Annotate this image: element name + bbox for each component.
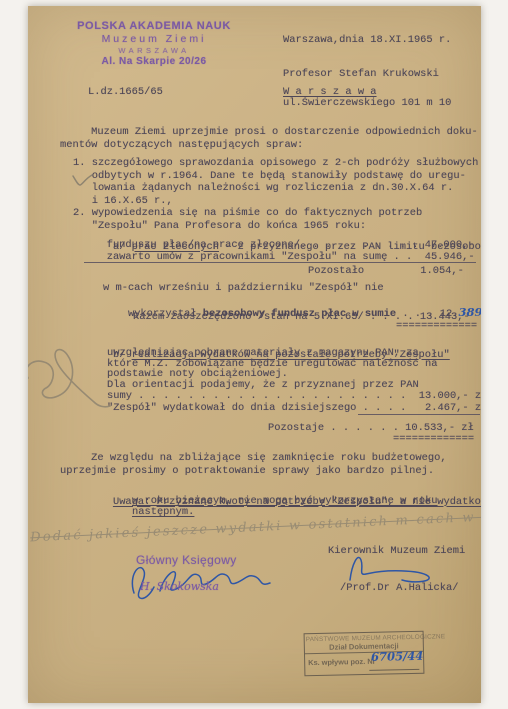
sender-stamp-org: POLSKA AKADEMIA NAUK <box>58 20 250 32</box>
receipt-stamp-number-line <box>369 669 419 671</box>
pencil-checkmark <box>71 172 95 190</box>
sender-stamp-address: Al. Na Skarpie 20/26 <box>58 56 250 67</box>
list-item-1: 1. szczegółowego sprawozdania opisowego … <box>73 157 478 207</box>
scanned-document-screenshot: { "colors": { "paper": "#cbb285", "typew… <box>0 0 508 709</box>
recipient-name: Profesor Stefan Krukowski <box>283 68 439 81</box>
section-a-total-rule: ============= <box>396 320 477 333</box>
section-b-sum-rule <box>358 414 480 415</box>
note-line-3: następnym. <box>132 506 194 519</box>
closing-paragraph: Ze względu na zbliżające się zamknięcie … <box>60 452 447 477</box>
reference-number: L.dz.1665/65 <box>88 86 163 99</box>
sender-stamp-city: WARSZAWA <box>58 46 250 55</box>
section-b-body: uwzględniając pobrane materiały z magazy… <box>107 348 437 390</box>
receipt-stamp-register-label: Ks. wpływu poz. Nr <box>308 657 376 667</box>
date-line: Warszawa,dnia 18.XI.1965 r. <box>283 34 451 47</box>
intro-paragraph: Muzeum Ziemi uprzejmie prosi o dostarcze… <box>60 126 478 151</box>
pencil-loop-doodle <box>28 332 116 410</box>
recipient-street: ul.Świerczewskiego 101 m 10 <box>283 97 451 110</box>
right-signature-name: /Prof.Dr A.Halicka/ <box>340 582 458 595</box>
receipt-stamp: PAŃSTWOWE MUZEUM ARCHEOLOGICZNE Dział Do… <box>304 631 425 677</box>
section-a-sum-rule <box>84 262 476 263</box>
paper-sheet: POLSKA AKADEMIA NAUK Muzeum Ziemi WARSZA… <box>28 6 481 703</box>
sender-stamp: POLSKA AKADEMIA NAUK Muzeum Ziemi WARSZA… <box>58 20 250 67</box>
section-b-remainder-rule: ============= <box>393 433 474 446</box>
section-b-amount-lines: sumy . . . . . . . . . . . . . . . . . .… <box>107 391 481 414</box>
section-a-remainder: Pozostało 1.054,- <box>308 265 464 278</box>
section-a-amount-lines: funduszu płac/na prace zlecone/. . . . .… <box>88 240 475 263</box>
sender-stamp-museum: Muzeum Ziemi <box>58 33 250 45</box>
left-signature-name: H. Skokowska <box>140 580 219 593</box>
receipt-stamp-number-handwritten: 6705/44 <box>371 649 424 664</box>
